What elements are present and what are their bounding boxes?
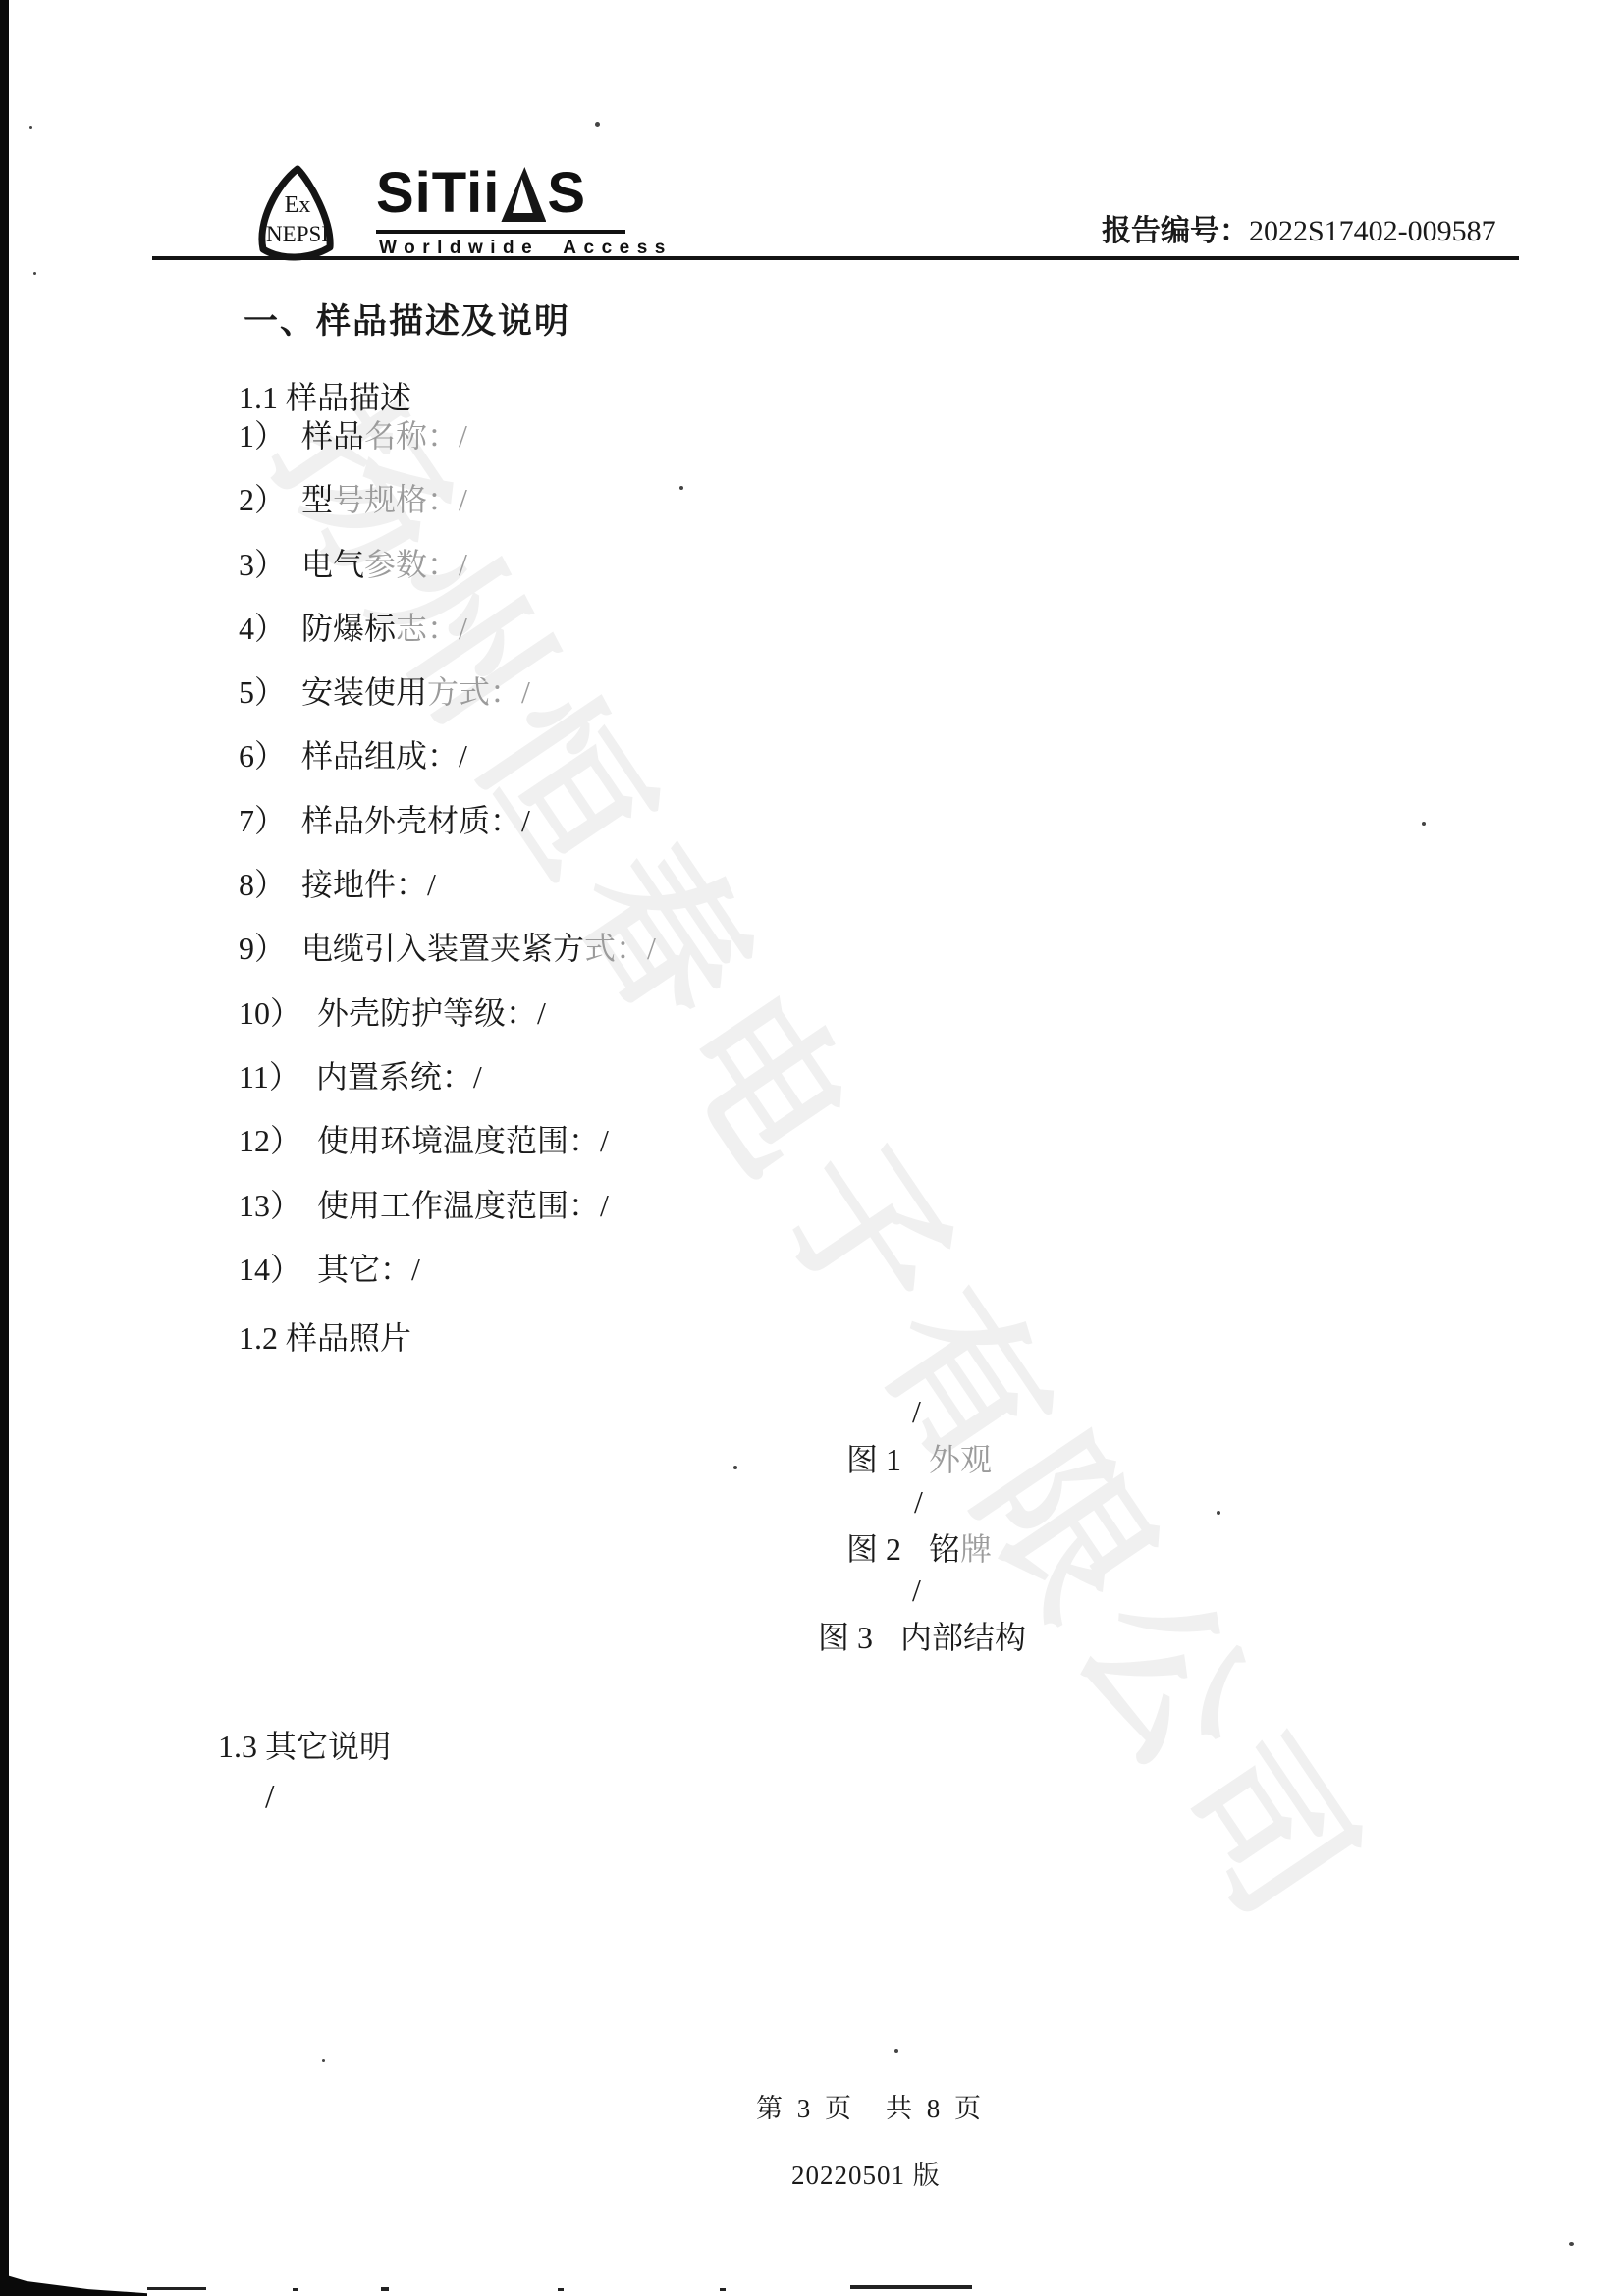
figure-3-placeholder: / [912,1573,921,1609]
list-item-4: 4）防爆标志：/ [239,597,656,661]
scan-edge-left [0,0,9,2296]
scan-speck [595,122,600,127]
figure-1-placeholder: / [912,1394,921,1430]
scan-speck [322,2059,325,2062]
scan-edge-dash [850,2285,972,2289]
list-item-2: 2）型号规格：/ [239,468,656,532]
figure-1-caption: 图 1外观 [846,1435,992,1480]
page-number: 第 3 页 共 8 页 [756,2087,985,2125]
subsection-1-3-title: 1.3 其它说明 [218,1722,391,1767]
list-item-8: 8）接地件：/ [239,853,656,917]
scan-speck [33,272,36,275]
logo-ex-text: Ex [285,192,311,218]
scanned-report-page: 扬州恒春电子有限公司 Ex NEPSI SiTii S Worldwide Ac… [0,0,1624,2296]
template-version: 20220501 版 [791,2154,941,2192]
list-item-6: 6）样品组成：/ [239,724,656,788]
scan-speck [1422,822,1426,826]
brand-underline [376,230,625,234]
subsection-1-3-value: / [265,1779,274,1816]
scan-edge-dash [720,2288,726,2291]
brand-text-pre: SiTii [376,165,500,222]
section-title: 一、样品描述及说明 [244,294,570,344]
list-item-5: 5）安装使用方式：/ [239,661,656,724]
scan-edge-dash [381,2287,389,2291]
brand-text-post: S [547,165,586,222]
list-item-1: 1）样品名称：/ [239,404,656,468]
subsection-1-2-title: 1.2 样品照片 [239,1313,411,1359]
logo-nepsi-text: NEPSI [266,222,329,246]
scan-edge-dash [558,2288,564,2291]
list-item-12: 12）使用环境温度范围：/ [239,1109,656,1173]
ex-nepsi-logo: Ex NEPSI [247,163,348,269]
sample-description-list: 1）样品名称：/ 2）型号规格：/ 3）电气参数：/ 4）防爆标志：/ 5）安装… [239,404,656,1302]
brand-a-triangle-icon [501,167,546,222]
sitiias-wordmark: SiTii S [376,165,586,222]
report-number-value: 2022S17402-009587 [1249,215,1496,247]
list-item-11: 11）内置系统：/ [239,1045,656,1109]
scan-speck [679,486,683,490]
scan-speck [1217,1511,1220,1515]
report-number-line: 报告编号：2022S17402-009587 [1102,206,1496,249]
scan-speck [29,126,32,129]
figure-3-caption: 图 3内部结构 [818,1613,1026,1658]
header-divider [152,256,1519,260]
scan-edge-dash [293,2288,298,2291]
list-item-13: 13）使用工作温度范围：/ [239,1174,656,1238]
list-item-9: 9）电缆引入装置夹紧方式：/ [239,917,656,981]
report-number-label: 报告编号： [1102,215,1249,247]
list-item-14: 14）其它：/ [239,1238,656,1302]
scan-speck [733,1466,737,1469]
scan-speck [1569,2242,1574,2246]
list-item-7: 7）样品外壳材质：/ [239,789,656,853]
figure-2-placeholder: / [914,1484,923,1521]
list-item-10: 10）外壳防护等级：/ [239,982,656,1045]
scan-edge-dash [147,2287,206,2290]
scan-speck [894,2049,898,2053]
list-item-3: 3）电气参数：/ [239,533,656,597]
figure-2-caption: 图 2铭牌 [846,1524,992,1570]
